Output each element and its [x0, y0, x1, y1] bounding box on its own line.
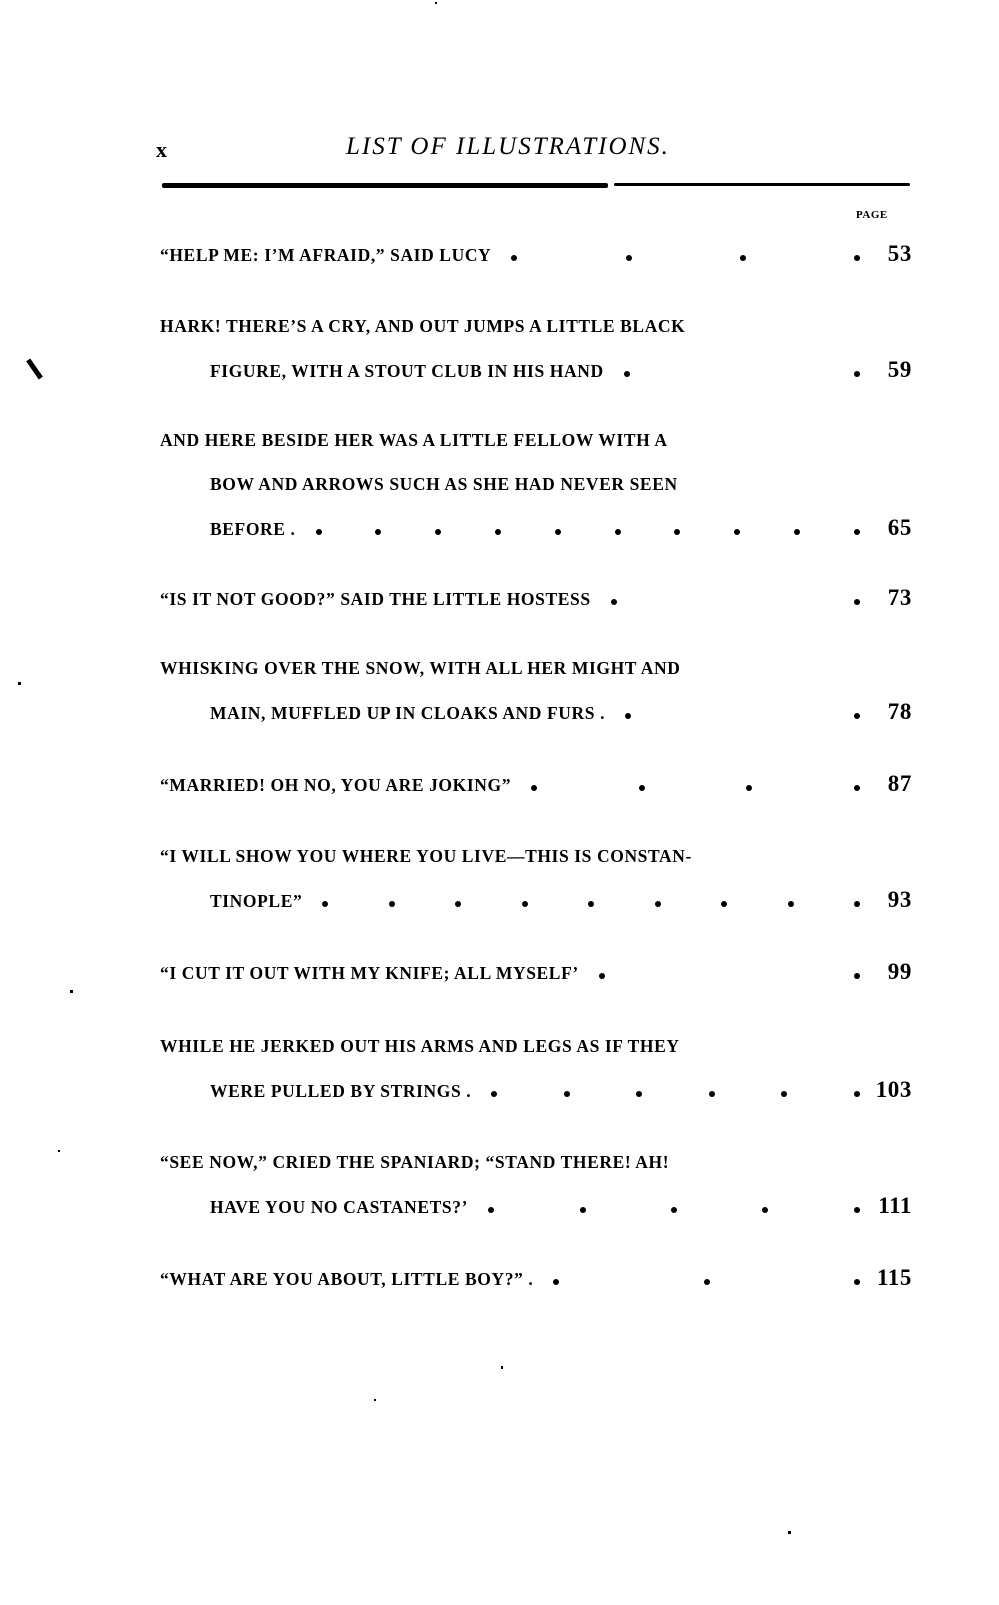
illustration-entry: WHISKING OVER THE SNOW, WITH ALL HER MIG…: [160, 646, 912, 734]
entry-caption-text: “I CUT IT OUT WITH MY KNIFE; ALL MYSELF’: [160, 951, 579, 995]
entry-caption-text: “SEE NOW,” CRIED THE SPANIARD; “STAND TH…: [160, 1152, 669, 1172]
entry-caption-text: TINOPLE”: [210, 879, 302, 923]
leader-dot: [746, 785, 752, 791]
entry-caption-text: WERE PULLED BY STRINGS .: [210, 1069, 471, 1113]
leader-dot: [854, 1091, 860, 1097]
entry-caption-text: FIGURE, WITH A STOUT CLUB IN HIS HAND: [210, 349, 604, 393]
leader-dot: [522, 901, 528, 907]
entry-page-number: 111: [868, 1184, 912, 1228]
entry-line: “IS IT NOT GOOD?” SAID THE LITTLE HOSTES…: [160, 576, 912, 620]
entry-line: HAVE YOU NO CASTANETS?’111: [160, 1184, 912, 1228]
entry-caption-text: “MARRIED! OH NO, YOU ARE JOKING”: [160, 763, 511, 807]
entry-line: “WHAT ARE YOU ABOUT, LITTLE BOY?” .115: [160, 1256, 912, 1300]
leader-dot: [655, 901, 661, 907]
dot-leader: [604, 371, 868, 379]
leader-dot: [580, 1207, 586, 1213]
scan-mark: [788, 1531, 791, 1534]
entry-caption-text: “WHAT ARE YOU ABOUT, LITTLE BOY?” .: [160, 1257, 533, 1301]
leader-dot: [781, 1091, 787, 1097]
header-rule: [162, 183, 608, 188]
leader-dot: [709, 1091, 715, 1097]
dot-leader: [605, 713, 868, 721]
entry-line: “I CUT IT OUT WITH MY KNIFE; ALL MYSELF’…: [160, 950, 912, 994]
leader-dot: [704, 1279, 710, 1285]
entry-line: BEFORE .65: [160, 506, 912, 550]
dot-leader: [468, 1207, 868, 1215]
dot-leader: [579, 973, 868, 981]
scan-mark: [374, 1399, 376, 1401]
leader-dot: [588, 901, 594, 907]
leader-dot: [639, 785, 645, 791]
entry-page-number: 59: [868, 348, 912, 392]
dot-leader: [471, 1091, 868, 1099]
illustration-entry: AND HERE BESIDE HER WAS A LITTLE FELLOW …: [160, 418, 912, 550]
illustration-entry: “I CUT IT OUT WITH MY KNIFE; ALL MYSELF’…: [160, 950, 912, 994]
entry-page-number: 53: [868, 232, 912, 276]
entry-caption-text: BOW AND ARROWS SUCH AS SHE HAD NEVER SEE…: [210, 474, 678, 494]
scan-mark: [501, 1366, 503, 1369]
entry-caption-text: “IS IT NOT GOOD?” SAID THE LITTLE HOSTES…: [160, 577, 591, 621]
entry-page-number: 87: [868, 762, 912, 806]
leader-dot: [674, 529, 680, 535]
entry-page-number: 78: [868, 690, 912, 734]
leader-dot: [794, 529, 800, 535]
entry-caption-text: AND HERE BESIDE HER WAS A LITTLE FELLOW …: [160, 430, 668, 450]
running-head: x LIST OF ILLUSTRATIONS.: [150, 133, 920, 169]
leader-dot: [455, 901, 461, 907]
entry-line: WERE PULLED BY STRINGS .103: [160, 1068, 912, 1112]
entry-caption-text: “HELP ME: I’M AFRAID,” SAID LUCY: [160, 233, 491, 277]
leader-dot: [511, 255, 517, 261]
entry-page-number: 115: [868, 1256, 912, 1300]
entry-line: AND HERE BESIDE HER WAS A LITTLE FELLOW …: [160, 418, 912, 462]
dot-leader: [491, 255, 868, 263]
illustration-entry: “HELP ME: I’M AFRAID,” SAID LUCY53: [160, 232, 912, 276]
entry-line: HARK! THERE’S A CRY, AND OUT JUMPS A LIT…: [160, 304, 912, 348]
illustration-entry: “I WILL SHOW YOU WHERE YOU LIVE—THIS IS …: [160, 834, 912, 922]
entry-caption-text: MAIN, MUFFLED UP IN CLOAKS AND FURS .: [210, 691, 605, 735]
illustration-entry: WHILE HE JERKED OUT HIS ARMS AND LEGS AS…: [160, 1024, 912, 1112]
leader-dot: [615, 529, 621, 535]
scan-mark: [435, 2, 437, 4]
leader-dot: [854, 255, 860, 261]
leader-dot: [375, 529, 381, 535]
leader-dot: [854, 973, 860, 979]
entry-line: “SEE NOW,” CRIED THE SPANIARD; “STAND TH…: [160, 1140, 912, 1184]
entry-page-number: 99: [868, 950, 912, 994]
leader-dot: [626, 255, 632, 261]
dot-leader: [296, 529, 868, 537]
leader-dot: [721, 901, 727, 907]
scan-mark: [18, 682, 21, 685]
dot-leader: [511, 785, 868, 793]
entry-line: MAIN, MUFFLED UP IN CLOAKS AND FURS .78: [160, 690, 912, 734]
illustration-entry: “MARRIED! OH NO, YOU ARE JOKING”87: [160, 762, 912, 806]
entry-caption-text: HAVE YOU NO CASTANETS?’: [210, 1185, 468, 1229]
entry-line: “MARRIED! OH NO, YOU ARE JOKING”87: [160, 762, 912, 806]
leader-dot: [854, 1207, 860, 1213]
entry-line: “I WILL SHOW YOU WHERE YOU LIVE—THIS IS …: [160, 834, 912, 878]
leader-dot: [788, 901, 794, 907]
leader-dot: [854, 1279, 860, 1285]
leader-dot: [322, 901, 328, 907]
leader-dot: [854, 529, 860, 535]
entry-line: FIGURE, WITH A STOUT CLUB IN HIS HAND59: [160, 348, 912, 392]
leader-dot: [488, 1207, 494, 1213]
leader-dot: [625, 713, 631, 719]
leader-dot: [555, 529, 561, 535]
entry-page-number: 73: [868, 576, 912, 620]
header-rule: [614, 183, 910, 186]
leader-dot: [854, 599, 860, 605]
entry-line: TINOPLE”93: [160, 878, 912, 922]
entry-page-number: 103: [868, 1068, 912, 1112]
leader-dot: [495, 529, 501, 535]
leader-dot: [624, 371, 630, 377]
leader-dot: [854, 713, 860, 719]
entry-caption-text: WHILE HE JERKED OUT HIS ARMS AND LEGS AS…: [160, 1036, 680, 1056]
entry-caption-text: WHISKING OVER THE SNOW, WITH ALL HER MIG…: [160, 658, 681, 678]
illustration-entry: “WHAT ARE YOU ABOUT, LITTLE BOY?” .115: [160, 1256, 912, 1300]
illustration-entry: “IS IT NOT GOOD?” SAID THE LITTLE HOSTES…: [160, 576, 912, 620]
leader-dot: [599, 973, 605, 979]
page-title: LIST OF ILLUSTRATIONS.: [346, 133, 670, 161]
leader-dot: [389, 901, 395, 907]
leader-dot: [316, 529, 322, 535]
scan-mark: [58, 1150, 60, 1152]
entry-page-number: 93: [868, 878, 912, 922]
entry-line: WHISKING OVER THE SNOW, WITH ALL HER MIG…: [160, 646, 912, 690]
leader-dot: [854, 371, 860, 377]
entry-page-number: 65: [868, 506, 912, 550]
dot-leader: [591, 599, 868, 607]
leader-dot: [611, 599, 617, 605]
leader-dot: [491, 1091, 497, 1097]
dot-leader: [302, 901, 868, 909]
illustration-entry: “SEE NOW,” CRIED THE SPANIARD; “STAND TH…: [160, 1140, 912, 1228]
scan-mark: [26, 359, 43, 380]
entry-line: WHILE HE JERKED OUT HIS ARMS AND LEGS AS…: [160, 1024, 912, 1068]
page-column-heading: PAGE: [856, 209, 888, 221]
leader-dot: [636, 1091, 642, 1097]
entry-caption-text: “I WILL SHOW YOU WHERE YOU LIVE—THIS IS …: [160, 846, 692, 866]
dot-leader: [533, 1279, 868, 1287]
leader-dot: [564, 1091, 570, 1097]
entry-line: “HELP ME: I’M AFRAID,” SAID LUCY53: [160, 232, 912, 276]
leader-dot: [762, 1207, 768, 1213]
leader-dot: [671, 1207, 677, 1213]
leader-dot: [854, 785, 860, 791]
book-page: x LIST OF ILLUSTRATIONS. PAGE “HELP ME: …: [0, 0, 999, 1605]
leader-dot: [553, 1279, 559, 1285]
page-number: x: [156, 137, 167, 163]
scan-mark: [70, 990, 73, 993]
leader-dot: [531, 785, 537, 791]
entry-caption-text: BEFORE .: [210, 507, 296, 551]
entry-caption-text: HARK! THERE’S A CRY, AND OUT JUMPS A LIT…: [160, 316, 685, 336]
leader-dot: [854, 901, 860, 907]
leader-dot: [740, 255, 746, 261]
entry-line: BOW AND ARROWS SUCH AS SHE HAD NEVER SEE…: [160, 462, 912, 506]
illustration-entry: HARK! THERE’S A CRY, AND OUT JUMPS A LIT…: [160, 304, 912, 392]
leader-dot: [734, 529, 740, 535]
leader-dot: [435, 529, 441, 535]
